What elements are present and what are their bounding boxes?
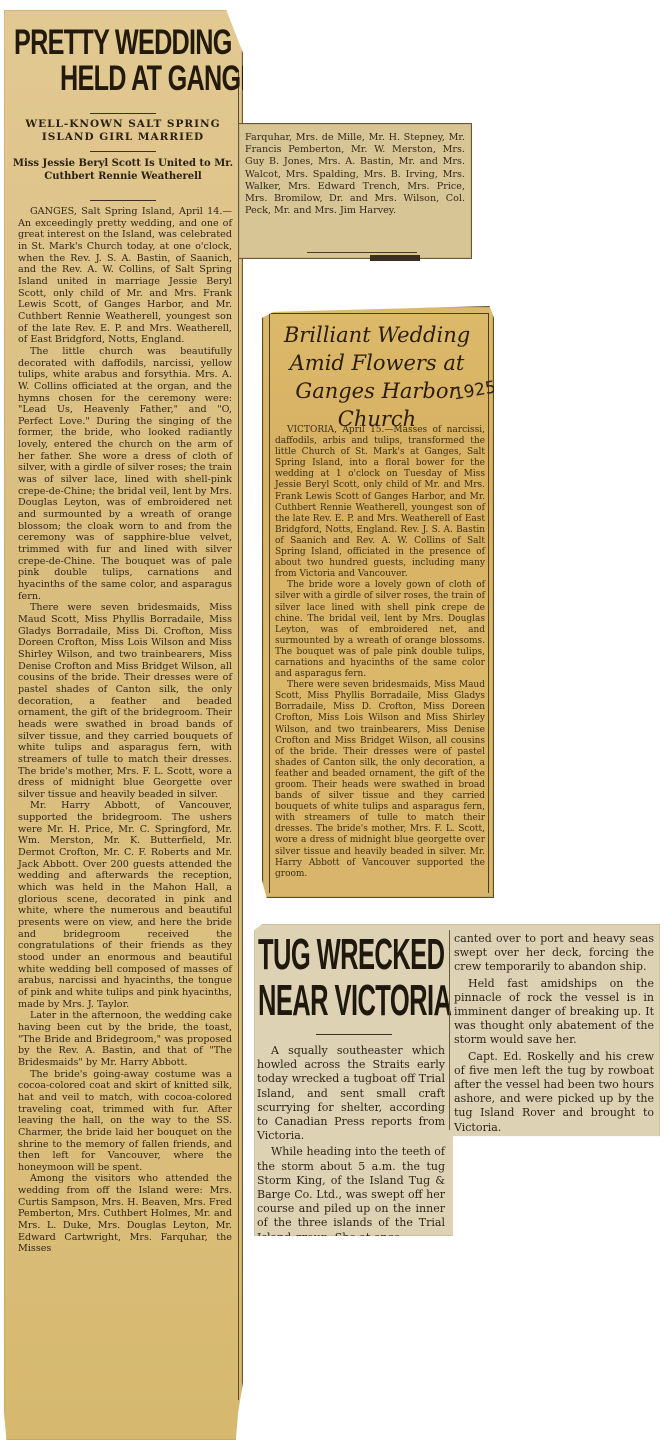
divider [90, 113, 156, 114]
paragraph: The bride wore a lovely gown of cloth of… [275, 580, 485, 680]
column-rule [449, 930, 450, 1130]
headline: TUG WRECKED NEAR VICTORIA [258, 932, 451, 1024]
clipping-visitors-continued: Farquhar, Mrs. de Mille, Mr. H. Stepney,… [238, 123, 472, 259]
headline-line-1: PRETTY WEDDING [14, 26, 232, 60]
headline: Brilliant Wedding Amid Flowers at Ganges… [277, 321, 477, 433]
paragraph: Held fast amidships on the pinnacle of r… [454, 977, 654, 1048]
clipping-tug-wrecked: TUG WRECKED NEAR VICTORIA A squally sout… [254, 924, 660, 1236]
clipping-brilliant-wedding: Brilliant Wedding Amid Flowers at Ganges… [262, 306, 494, 898]
article-body: GANGES, Salt Spring Island, April 14.—An… [18, 206, 232, 1255]
clipping-pretty-wedding: PRETTY WEDDING HELD AT GANGES WELL-KNOWN… [4, 10, 243, 1440]
paragraph: There were seven bridesmaids, Miss Maud … [275, 680, 485, 880]
paragraph: The bride's going-away costume was a coc… [18, 1069, 232, 1174]
subheadline: WELL-KNOWN SALT SPRING ISLAND GIRL MARRI… [12, 118, 234, 144]
paragraph: Farquhar, Mrs. de Mille, Mr. H. Stepney,… [245, 132, 465, 217]
clipping-fragment [370, 255, 420, 261]
paragraph: Later in the afternoon, the wedding cake… [18, 1010, 232, 1068]
divider [90, 200, 156, 201]
paragraph: While heading into the teeth of the stor… [257, 1145, 445, 1244]
paragraph: Mr. Harry Abbott, of Vancouver, supporte… [18, 800, 232, 1010]
divider [90, 151, 156, 152]
paragraph: Capt. Ed. Roskelly and his crew of five … [454, 1050, 654, 1135]
paragraph: canted over to port and heavy seas swept… [454, 932, 654, 975]
paragraph: There were seven bridesmaids, Miss Maud … [18, 602, 232, 800]
paragraph: The little church was beautifully decora… [18, 346, 232, 602]
headline-line-2: HELD AT GANGES [60, 62, 273, 96]
deck-headline: Miss Jessie Beryl Scott Is United to Mr.… [12, 158, 234, 183]
paragraph: GANGES, Salt Spring Island, April 14.—An… [18, 206, 232, 346]
paragraph: A squally southeaster which howled acros… [257, 1044, 445, 1143]
divider [307, 252, 417, 253]
paragraph: Among the visitors who attended the wedd… [18, 1173, 232, 1255]
paragraph: VICTORIA, April 15.—Masses of narcissi, … [275, 425, 485, 580]
article-column-1: A squally southeaster which howled acros… [257, 1044, 445, 1247]
article-body: VICTORIA, April 15.—Masses of narcissi, … [275, 425, 485, 880]
headline-line-2: NEAR VICTORIA [258, 978, 451, 1024]
headline-line-1: TUG WRECKED [258, 932, 451, 978]
article-body: Farquhar, Mrs. de Mille, Mr. H. Stepney,… [245, 132, 465, 217]
divider [316, 1034, 392, 1035]
article-column-2: canted over to port and heavy seas swept… [454, 932, 654, 1137]
column-rule [238, 70, 239, 1400]
